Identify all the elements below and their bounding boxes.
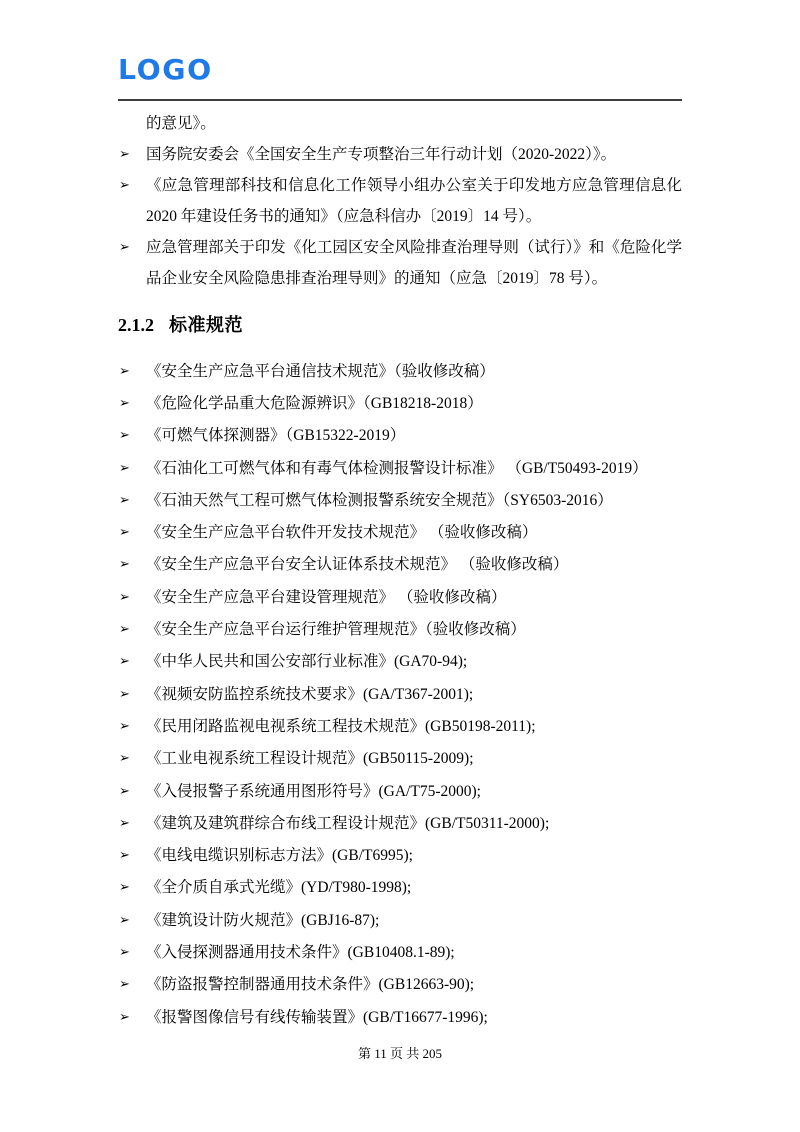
policy-document-list: ➢ 国务院安委会《全国安全生产专项整治三年行动计划（2020-2022）》。 ➢… [118, 139, 682, 294]
list-item-text: 《石油化工可燃气体和有毒气体检测报警设计标准》 （GB/T50493-2019） [146, 460, 648, 477]
bullet-arrow-icon: ➢ [119, 711, 130, 743]
bullet-arrow-icon: ➢ [119, 582, 130, 614]
list-item-text: 《安全生产应急平台运行维护管理规范》（验收修改稿） [146, 621, 526, 638]
section-title: 标准规范 [169, 315, 243, 335]
list-item: ➢ 《全介质自承式光缆》(YD/T980-1998); [118, 872, 682, 904]
list-item: ➢ 《民用闭路监视电视系统工程技术规范》(GB50198-2011); [118, 711, 682, 743]
list-item: ➢ 《建筑及建筑群综合布线工程设计规范》(GB/T50311-2000); [118, 808, 682, 840]
list-item: ➢ 《工业电视系统工程设计规范》(GB50115-2009); [118, 743, 682, 775]
list-item-text: 《入侵探测器通用技术条件》(GB10408.1-89); [146, 944, 455, 961]
list-item-text: 《安全生产应急平台通信技术规范》（验收修改稿） [146, 363, 495, 380]
bullet-arrow-icon: ➢ [119, 356, 130, 388]
list-item-text: 《安全生产应急平台建设管理规范》 （验收修改稿） [146, 589, 506, 606]
list-item: ➢ 《视频安防监控系统技术要求》(GA/T367-2001); [118, 679, 682, 711]
bullet-arrow-icon: ➢ [119, 388, 130, 420]
page-number: 第 11 页 共 205 [358, 1046, 442, 1061]
list-item: ➢ 《应急管理部科技和信息化工作领导小组办公室关于印发地方应急管理信息化 202… [118, 170, 682, 232]
list-item-text: 《全介质自承式光缆》(YD/T980-1998); [146, 879, 411, 896]
bullet-arrow-icon: ➢ [119, 776, 130, 808]
bullet-arrow-icon: ➢ [119, 485, 130, 517]
list-item: ➢ 《可燃气体探测器》（GB15322-2019） [118, 420, 682, 452]
list-item: ➢ 《电线电缆识别标志方法》(GB/T6995); [118, 840, 682, 872]
list-item-text: 《电线电缆识别标志方法》(GB/T6995); [146, 847, 413, 864]
bullet-arrow-icon: ➢ [119, 840, 130, 872]
list-item-text: 《可燃气体探测器》（GB15322-2019） [146, 427, 405, 444]
list-item-text: 《中华人民共和国公安部行业标准》(GA70-94); [146, 653, 467, 670]
list-item: ➢ 《中华人民共和国公安部行业标准》(GA70-94); [118, 646, 682, 678]
list-item-text: 《安全生产应急平台软件开发技术规范》 （验收修改稿） [146, 524, 537, 541]
bullet-arrow-icon: ➢ [119, 679, 130, 711]
list-item-text: 《建筑及建筑群综合布线工程设计规范》(GB/T50311-2000); [146, 815, 549, 832]
logo: LOGO [118, 55, 213, 85]
list-item: ➢ 《入侵探测器通用技术条件》(GB10408.1-89); [118, 937, 682, 969]
bullet-arrow-icon: ➢ [119, 905, 130, 937]
section-heading: 2.1.2标准规范 [118, 311, 682, 337]
list-item: ➢ 《防盗报警控制器通用技术条件》(GB12663-90); [118, 969, 682, 1001]
bullet-arrow-icon: ➢ [119, 453, 130, 485]
list-item-text: 《危险化学品重大危险源辨识》（GB18218-2018） [146, 395, 483, 412]
list-item: ➢ 《报警图像信号有线传输装置》(GB/T16677-1996); [118, 1002, 682, 1034]
paragraph-continuation: 的意见》。 [118, 108, 682, 139]
list-item-text: 《建筑设计防火规范》(GBJ16-87); [146, 912, 379, 929]
list-item: ➢ 《入侵报警子系统通用图形符号》(GA/T75-2000); [118, 776, 682, 808]
bullet-arrow-icon: ➢ [119, 969, 130, 1001]
list-item-text: 《民用闭路监视电视系统工程技术规范》(GB50198-2011); [146, 718, 536, 735]
list-item-text: 《应急管理部科技和信息化工作领导小组办公室关于印发地方应急管理信息化 2020 … [146, 177, 682, 225]
bullet-arrow-icon: ➢ [119, 549, 130, 581]
list-item-text: 《石油天然气工程可燃气体检测报警系统安全规范》（SY6503-2016） [146, 492, 613, 509]
list-item-text: 《报警图像信号有线传输装置》(GB/T16677-1996); [146, 1009, 488, 1026]
list-item-text: 《防盗报警控制器通用技术条件》(GB12663-90); [146, 976, 474, 993]
page-header: LOGO [0, 0, 800, 101]
bullet-arrow-icon: ➢ [119, 232, 130, 263]
list-item-text: 应急管理部关于印发《化工园区安全风险排查治理导则（试行）》和《危险化学品企业安全… [146, 239, 682, 287]
bullet-arrow-icon: ➢ [119, 614, 130, 646]
list-item: ➢ 《安全生产应急平台运行维护管理规范》（验收修改稿） [118, 614, 682, 646]
list-item: ➢ 《石油化工可燃气体和有毒气体检测报警设计标准》 （GB/T50493-201… [118, 453, 682, 485]
list-item-text: 《工业电视系统工程设计规范》(GB50115-2009); [146, 750, 474, 767]
list-item-text: 《入侵报警子系统通用图形符号》(GA/T75-2000); [146, 783, 481, 800]
page-footer: 第 11 页 共 205 [0, 1043, 800, 1062]
list-item: ➢ 《安全生产应急平台建设管理规范》 （验收修改稿） [118, 582, 682, 614]
header-divider [118, 99, 682, 101]
document-page: LOGO 的意见》。 ➢ 国务院安委会《全国安全生产专项整治三年行动计划（202… [0, 0, 800, 1132]
list-item-text: 《安全生产应急平台安全认证体系技术规范》 （验收修改稿） [146, 556, 568, 573]
section-number: 2.1.2 [118, 315, 154, 335]
list-item: ➢ 《安全生产应急平台安全认证体系技术规范》 （验收修改稿） [118, 549, 682, 581]
bullet-arrow-icon: ➢ [119, 170, 130, 201]
list-item-text: 《视频安防监控系统技术要求》(GA/T367-2001); [146, 686, 473, 703]
bullet-arrow-icon: ➢ [119, 872, 130, 904]
list-item: ➢ 《建筑设计防火规范》(GBJ16-87); [118, 905, 682, 937]
bullet-arrow-icon: ➢ [119, 420, 130, 452]
list-item: ➢ 国务院安委会《全国安全生产专项整治三年行动计划（2020-2022）》。 [118, 139, 682, 170]
list-item: ➢ 《安全生产应急平台软件开发技术规范》 （验收修改稿） [118, 517, 682, 549]
bullet-arrow-icon: ➢ [119, 1002, 130, 1034]
bullet-arrow-icon: ➢ [119, 937, 130, 969]
bullet-arrow-icon: ➢ [119, 646, 130, 678]
bullet-arrow-icon: ➢ [119, 743, 130, 775]
list-item: ➢ 《安全生产应急平台通信技术规范》（验收修改稿） [118, 356, 682, 388]
bullet-arrow-icon: ➢ [119, 517, 130, 549]
list-item: ➢ 《危险化学品重大危险源辨识》（GB18218-2018） [118, 388, 682, 420]
list-item-text: 国务院安委会《全国安全生产专项整治三年行动计划（2020-2022）》。 [146, 146, 616, 163]
bullet-arrow-icon: ➢ [119, 139, 130, 170]
standards-list: ➢ 《安全生产应急平台通信技术规范》（验收修改稿） ➢ 《危险化学品重大危险源辨… [118, 356, 682, 1034]
document-body: 的意见》。 ➢ 国务院安委会《全国安全生产专项整治三年行动计划（2020-202… [0, 108, 800, 1034]
list-item: ➢ 《石油天然气工程可燃气体检测报警系统安全规范》（SY6503-2016） [118, 485, 682, 517]
list-item: ➢ 应急管理部关于印发《化工园区安全风险排查治理导则（试行）》和《危险化学品企业… [118, 232, 682, 294]
bullet-arrow-icon: ➢ [119, 808, 130, 840]
